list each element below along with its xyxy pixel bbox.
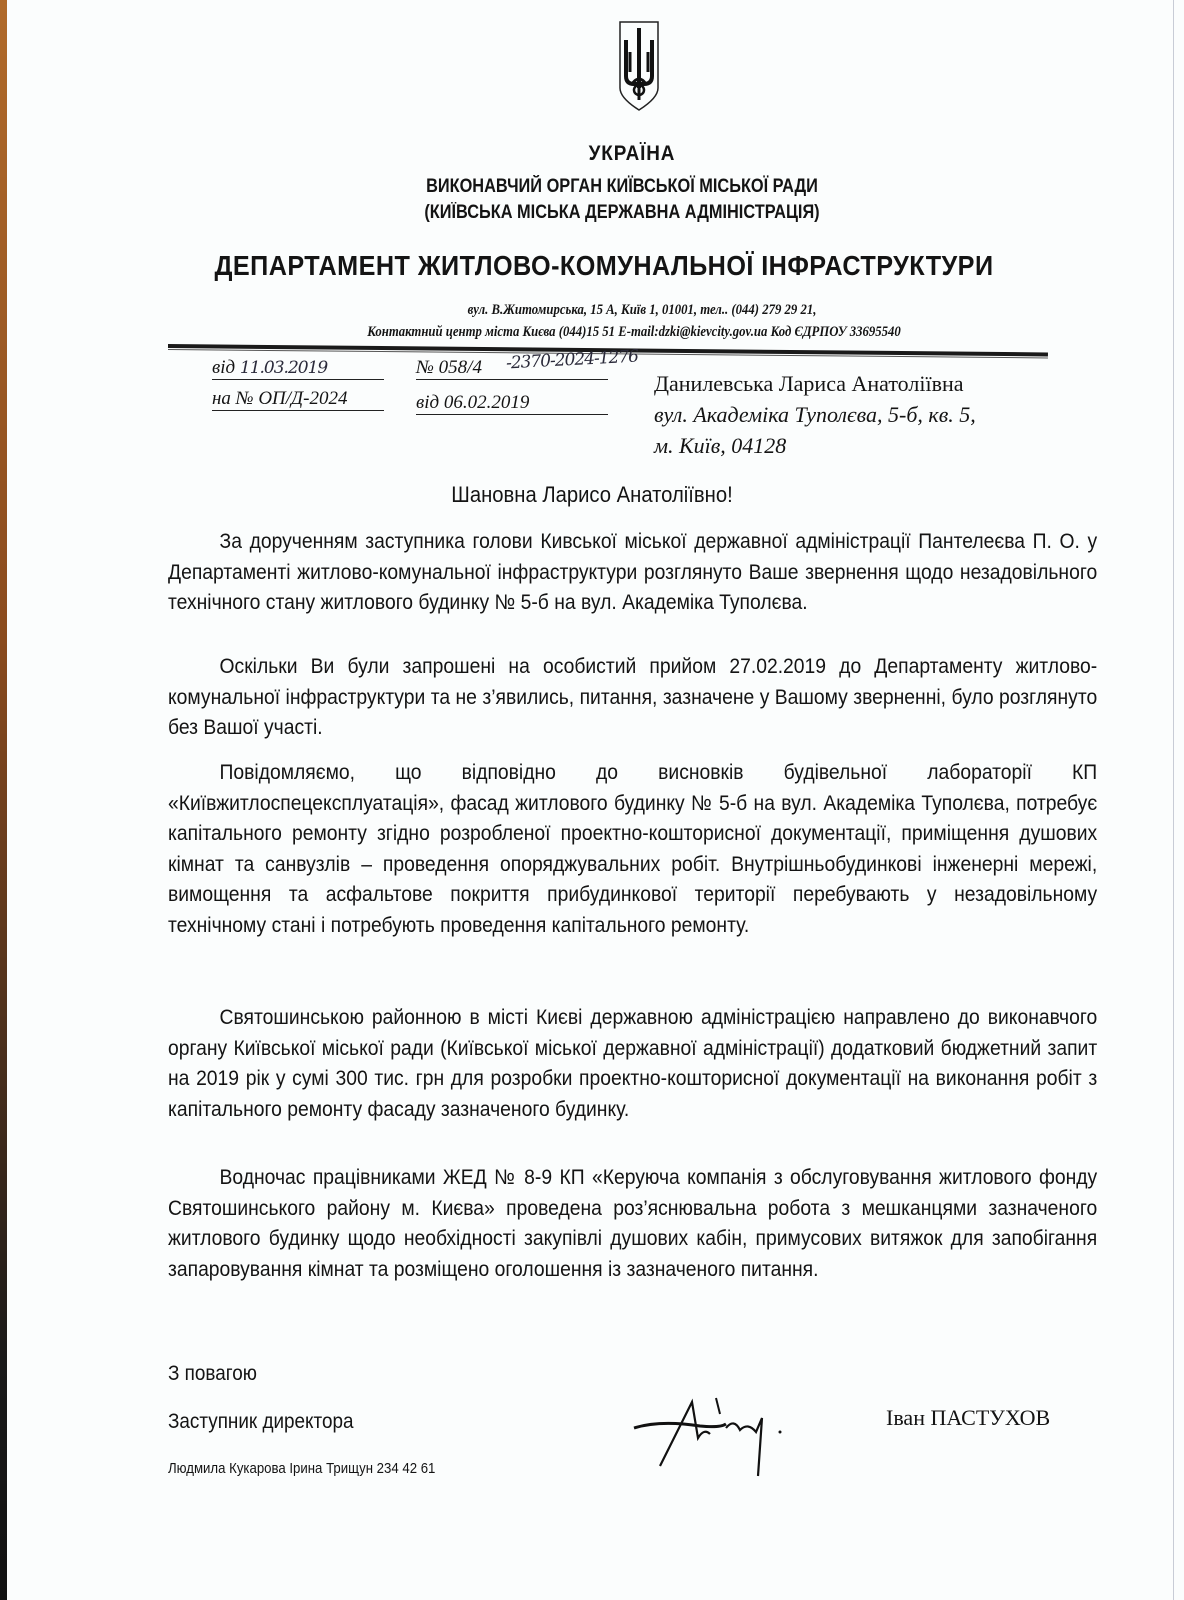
department-address: вул. В.Житомирська, 15 А, Київ 1, 01001,…	[139, 302, 1145, 319]
department-title: ДЕПАРТАМЕНТ ЖИТЛОВО-КОМУНАЛЬНОЇ ІНФРАСТР…	[71, 250, 1137, 282]
executors-contacts: Людмила Кукарова Ірина Трищун 234 42 61	[168, 1460, 435, 1477]
recipient-block: Данилевська Лариса Анатоліївна вул. Акад…	[654, 368, 976, 461]
outgoing-date: від 11.03.2019	[212, 357, 384, 380]
org-name-line2: (КИЇВСЬКА МІСЬКА ДЕРЖАВНА АДМІНІСТРАЦІЯ)	[113, 202, 1131, 224]
page-edge-left	[0, 0, 7, 1600]
paragraph: Оскільки Ви були запрошені на особистий …	[168, 652, 1097, 744]
signatory-name: Іван ПАСТУХОВ	[886, 1405, 1050, 1431]
closing-regards: З повагою	[168, 1362, 257, 1386]
paragraph-text: За дорученням заступника голови Кивської…	[168, 527, 1097, 619]
paragraph: За дорученням заступника голови Кивської…	[168, 527, 1097, 619]
org-name-line1: ВИКОНАВЧИЙ ОРГАН КИЇВСЬКОЇ МІСЬКОЇ РАДИ	[113, 176, 1131, 198]
reply-to-number: на № ОП/Д-2024	[212, 388, 384, 411]
salutation: Шановна Ларисо Анатоліївно!	[47, 482, 1136, 508]
outgoing-date-label: від	[212, 357, 235, 378]
paragraph-text: Водночас працівниками ЖЕД № 8-9 КП «Керу…	[168, 1163, 1097, 1285]
paragraph-text: Повідомляємо, що відповідно до висновків…	[168, 758, 1097, 941]
recipient-name: Данилевська Лариса Анатоліївна	[654, 368, 976, 399]
recipient-street: вул. Академіка Туполєва, 5-б, кв. 5,	[654, 399, 976, 430]
trident-emblem-icon	[618, 18, 660, 112]
country-title: УКРАЇНА	[99, 142, 1165, 166]
department-contacts: Контактний центр міста Києва (044)15 51 …	[131, 324, 1137, 341]
paragraph: Водночас працівниками ЖЕД № 8-9 КП «Керу…	[168, 1163, 1097, 1285]
paragraph: Повідомляємо, що відповідно до висновків…	[168, 758, 1097, 941]
recipient-city: м. Київ, 04128	[654, 430, 976, 461]
signatory-position: Заступник директора	[168, 1410, 354, 1434]
paragraph: Святошинською районною в місті Києві дер…	[168, 1003, 1097, 1125]
reply-to-date: від 06.02.2019	[416, 392, 608, 415]
signature-icon	[630, 1388, 830, 1478]
outgoing-date-handwritten: 11.03.2019	[240, 358, 327, 378]
page-edge-right	[1173, 0, 1174, 1600]
paragraph-text: Святошинською районною в місті Києві дер…	[168, 1003, 1097, 1125]
paragraph-text: Оскільки Ви були запрошені на особистий …	[168, 652, 1097, 744]
